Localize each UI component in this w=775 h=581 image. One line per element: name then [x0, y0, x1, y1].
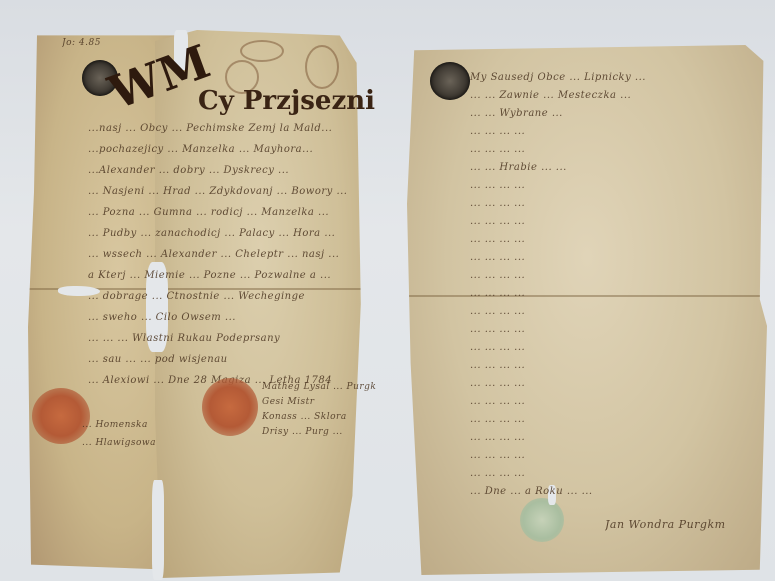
text-line: ... ... Hrabie ... ... [470, 162, 760, 180]
text-line: ... ... ... ... [470, 198, 760, 216]
text-line: ... sweho ... Cilo Owsem ... [88, 312, 360, 333]
text-line: My Sausedj Obce ... Lipnicky ... [470, 72, 760, 90]
signature-line: Drisy ... Purg ... [262, 427, 376, 442]
text-line: ... ... ... ... [470, 288, 760, 306]
text-line: ... ... ... ... [470, 378, 760, 396]
text-line: ... ... ... ... [470, 360, 760, 378]
heading-text: Cy Przjsezni [198, 86, 375, 116]
text-line: ... Pozna ... Gumna ... rodicj ... Manze… [88, 207, 360, 228]
signature-line: ... Hlawigsowa [82, 438, 156, 456]
text-line: ... ... ... ... [470, 324, 760, 342]
corner-note: Jo: 4.85 [62, 38, 101, 48]
text-line: ... ... ... Wlastni Rukau Podeprsany [88, 333, 360, 354]
paper-tear-gap [152, 480, 164, 580]
text-line: ... ... ... ... [470, 252, 760, 270]
text-line: ... ... ... ... [470, 468, 760, 486]
text-line: ... ... ... ... [470, 270, 760, 288]
text-line: ...nasj ... Obcy ... Pechimske Zemj la M… [88, 123, 360, 144]
green-wafer-seal [520, 498, 564, 542]
text-line: ... sau ... ... pod wisjenau [88, 354, 360, 375]
text-line: ... ... ... ... [470, 144, 760, 162]
text-line: ... ... ... ... [470, 342, 760, 360]
text-line: ... wssech ... Alexander ... Cheleptr ..… [88, 249, 360, 270]
text-line: ... Pudby ... zanachodicj ... Palacy ...… [88, 228, 360, 249]
text-line: ... ... ... ... [470, 450, 760, 468]
signature-line: Gesi Mistr [262, 397, 376, 412]
text-line: ... ... Wybrane ... [470, 108, 760, 126]
text-line: ... Nasjeni ... Hrad ... Zdykdovanj ... … [88, 186, 360, 207]
text-line: ... dobrage ... Ctnostnie ... Wecheginge [88, 291, 360, 312]
right-document-body: My Sausedj Obce ... Lipnicky ... ... ...… [470, 72, 760, 504]
text-line: ... ... ... ... [470, 396, 760, 414]
text-line: ... ... ... ... [470, 414, 760, 432]
signature: Jan Wondra Purgkm [605, 518, 726, 531]
lower-left-signature: ... Homenska ... Hlawigsowa [82, 420, 156, 456]
text-line: ... ... Zawnie ... Mesteczka ... [470, 90, 760, 108]
signature-line: Konass ... Sklora [262, 412, 376, 427]
text-line: ...Alexander ... dobry ... Dyskrecy ... [88, 165, 360, 186]
text-line: ... ... ... ... [470, 126, 760, 144]
text-line: ... ... ... ... [470, 234, 760, 252]
dark-ink-seal [430, 62, 470, 100]
text-line: ... ... ... ... [470, 180, 760, 198]
red-wax-seal [202, 378, 258, 436]
decorative-flourish [240, 40, 284, 62]
text-line: ... ... ... ... [470, 432, 760, 450]
signature-line: ... Homenska [82, 420, 156, 438]
text-line: ... ... ... ... [470, 216, 760, 234]
text-line: ... ... ... ... [470, 306, 760, 324]
text-line: ...pochazejicy ... Manzelka ... Mayhora.… [88, 144, 360, 165]
left-document-body: ...nasj ... Obcy ... Pechimske Zemj la M… [88, 123, 360, 396]
signature-line: Matheg Lysal ... Purgk [262, 382, 376, 397]
text-line: ... Dne ... a Roku ... ... [470, 486, 760, 504]
signature-block: Matheg Lysal ... Purgk Gesi Mistr Konass… [262, 382, 376, 442]
decorative-flourish [305, 45, 339, 89]
text-line: a Kterj ... Miemie ... Pozne ... Pozwaln… [88, 270, 360, 291]
